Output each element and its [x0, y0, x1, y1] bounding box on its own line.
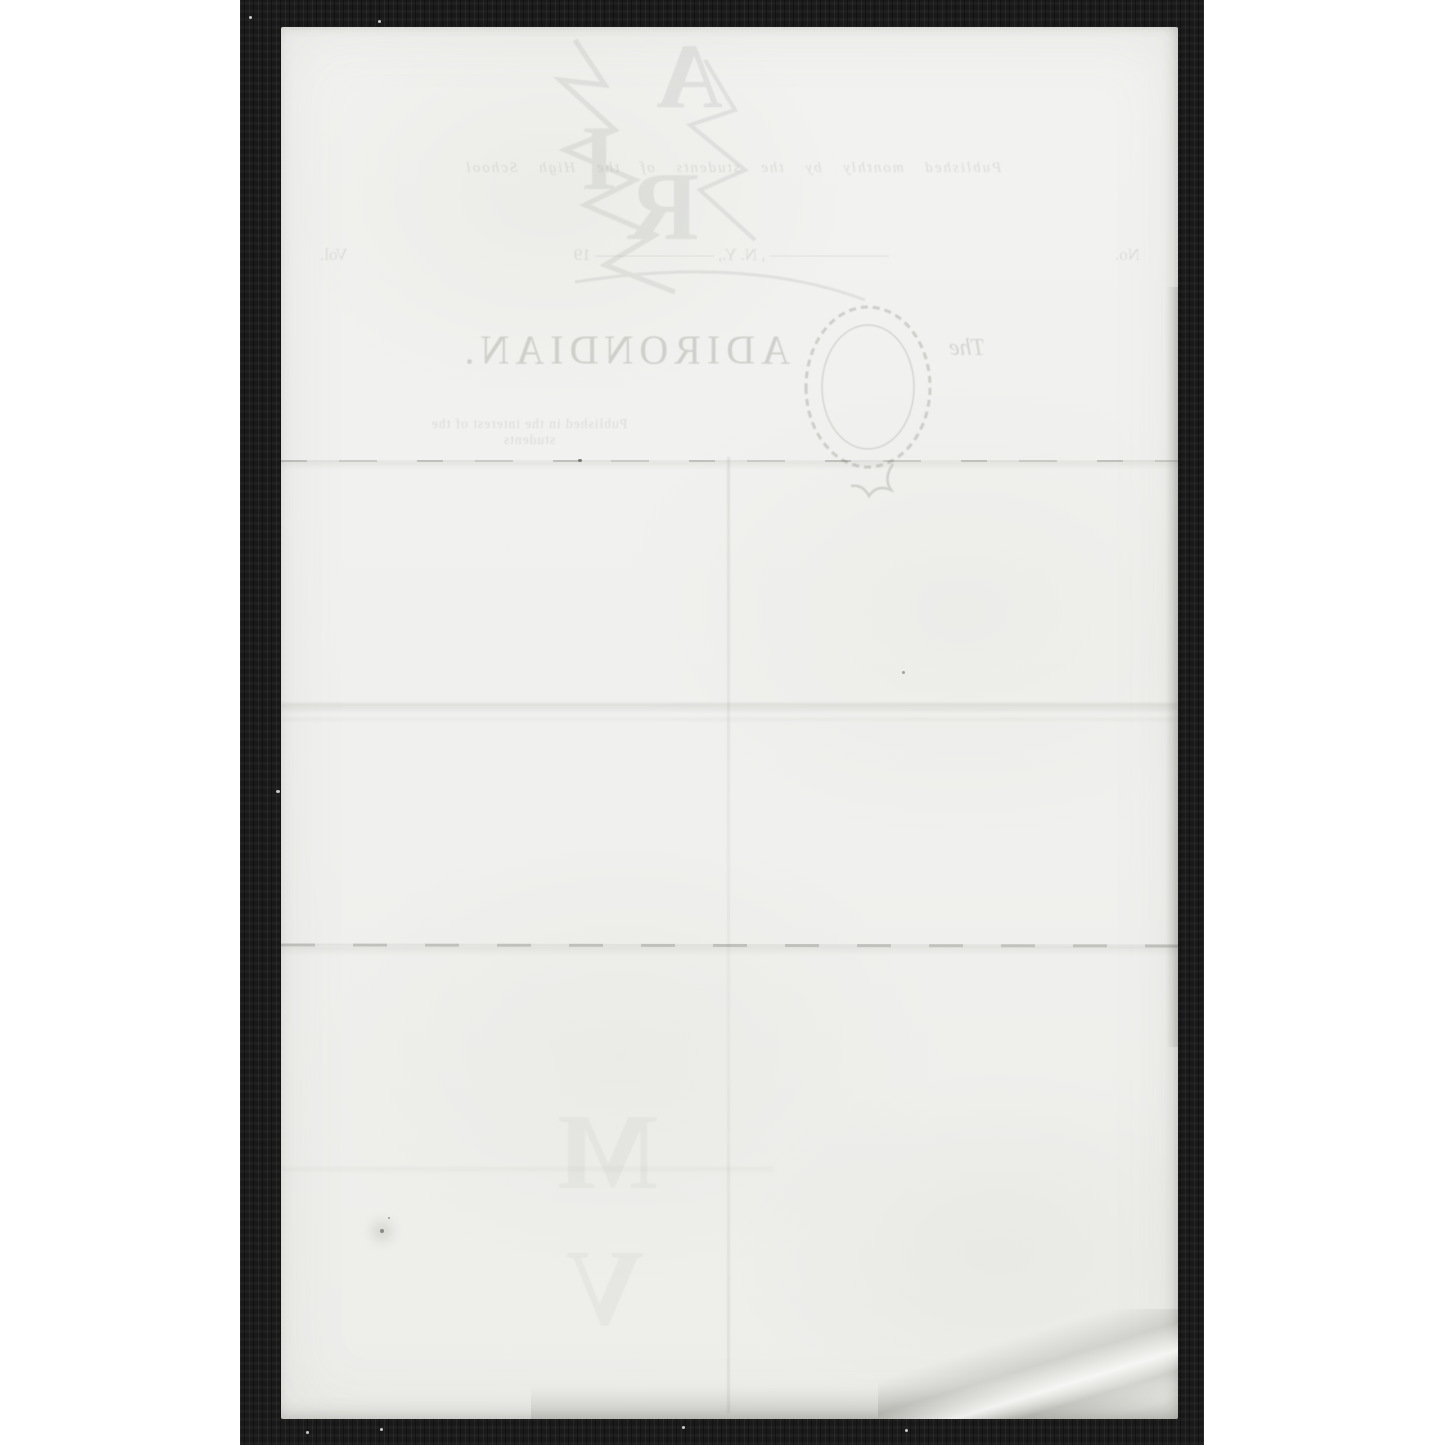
ink-smudge-dot	[388, 1217, 390, 1219]
mat-speck	[249, 16, 252, 19]
ghost-seal-icon	[800, 299, 935, 509]
scanned-photo-canvas: A I R Published monthly by the students …	[0, 0, 1445, 1445]
mat-speck	[306, 1431, 309, 1434]
ghost-dateline-center: ——————— , N. Y., ——————— 19	[574, 245, 889, 265]
fold-crease-faint	[281, 1167, 774, 1173]
ghost-masthead-letter: I	[581, 112, 617, 204]
ghost-headline-prefix: The	[949, 335, 985, 362]
mat-speck	[380, 1428, 383, 1431]
ghost-lower-letters: M V	[538, 1099, 658, 1379]
right-edge-shadow	[1166, 287, 1178, 1047]
ghost-lower-letter: V	[566, 1235, 644, 1343]
ghost-headline-title: ADIRONDIAN.	[320, 325, 790, 374]
ghost-dateline: No. ——————— , N. Y., ——————— 19 Vol.	[320, 245, 1140, 265]
ghost-volume-label: Vol.	[320, 245, 348, 265]
mat-speck	[682, 1426, 685, 1429]
mat-speck	[378, 20, 381, 23]
ghost-masthead-letter: A	[657, 30, 723, 122]
mat-speck	[905, 1429, 908, 1432]
mat-speck	[276, 790, 280, 793]
paper-speck	[902, 671, 905, 674]
ink-smudge-dot	[380, 1229, 384, 1233]
ghost-lower-letter: M	[556, 1099, 658, 1207]
bottom-right-corner-fold	[878, 1309, 1178, 1419]
ghost-publisher-line: Published monthly by the students of the…	[333, 160, 1133, 177]
ghost-motto-line: Published in the interest of the student…	[413, 416, 645, 448]
crease-dark-fleck	[578, 459, 582, 462]
paper-sheet-verso: A I R Published monthly by the students …	[281, 27, 1178, 1419]
ghost-number-label: No.	[1115, 245, 1140, 265]
ghost-emblem	[800, 299, 935, 509]
fold-crease-vertical	[727, 457, 730, 1413]
